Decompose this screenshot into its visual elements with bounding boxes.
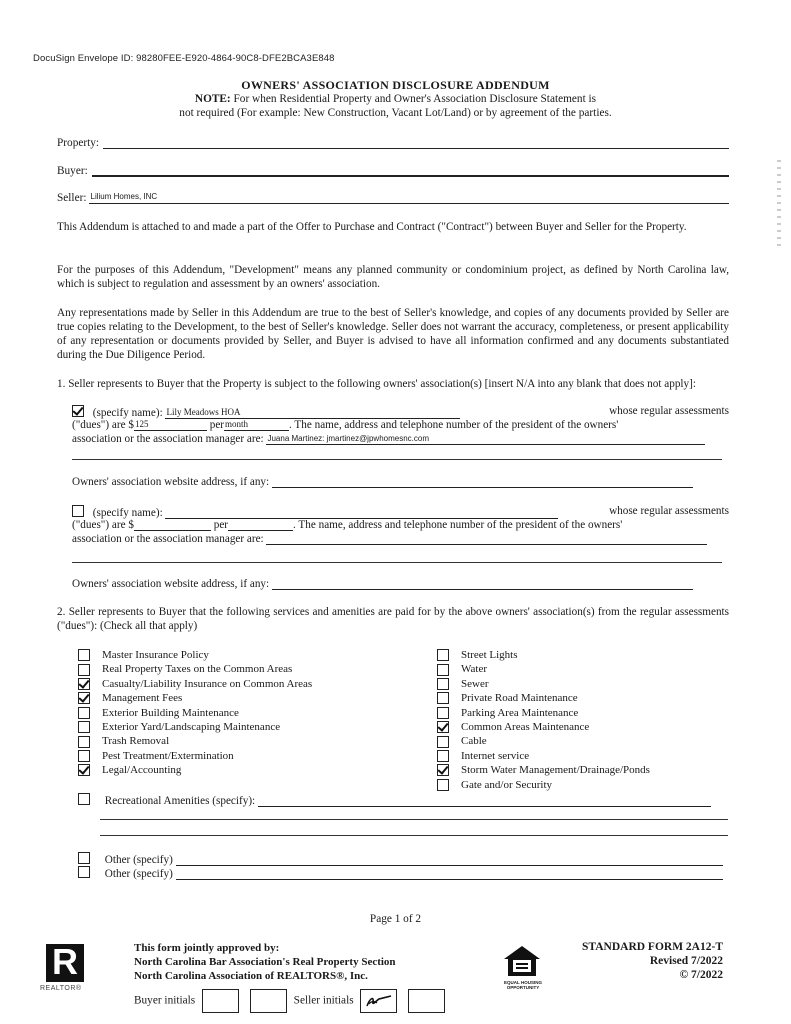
amenity-left-item: Exterior Yard/Landscaping Maintenance [78,720,312,734]
seller-input[interactable]: Lilium Homes, INC [89,191,730,204]
realtor-r-icon: R [52,942,78,982]
association-1-website-input[interactable] [272,476,693,488]
per-label: per [210,419,224,431]
amenity-right-label: Storm Water Management/Drainage/Ponds [461,763,650,777]
buyer-label: Buyer: [57,165,88,177]
seller-initials-box-2[interactable] [408,989,445,1013]
seller-initials-label: Seller initials [294,995,354,1007]
amenity-right-checkbox[interactable] [437,649,449,661]
association-1-manager-line-2[interactable] [72,459,722,460]
specify-name-label: (specify name): [93,407,163,419]
amenity-right-item: Cable [437,734,650,748]
amenity-right-checkbox[interactable] [437,779,449,791]
realtor-caption: REALTOR® [40,985,82,992]
amenity-right-item: Storm Water Management/Drainage/Ponds [437,763,650,777]
association-2-manager-line-2[interactable] [72,562,722,563]
equal-housing-icon [503,945,541,977]
document-title: OWNERS' ASSOCIATION DISCLOSURE ADDENDUM [0,78,791,93]
amenity-right-checkbox[interactable] [437,692,449,704]
recreational-line-3[interactable] [100,835,728,836]
amenity-right-checkbox[interactable] [437,721,449,733]
form-identifier: STANDARD FORM 2A12-T Revised 7/2022 © 7/… [582,940,723,982]
section2-intro: 2. Seller represents to Buyer that the f… [57,605,729,633]
approval-line-2: North Carolina Bar Association's Real Pr… [134,955,396,969]
amenity-left-item: Trash Removal [78,734,312,748]
amenity-left-checkbox[interactable] [78,707,90,719]
note-text: For when Residential Property and Owner'… [231,93,596,105]
signature-initials-icon [361,990,396,1012]
amenity-right-label: Cable [461,734,487,748]
association-2-checkbox[interactable] [72,505,84,517]
specify-name-label: (specify name): [93,507,163,519]
amenity-right-item: Street Lights [437,648,650,662]
amenity-left-label: Exterior Building Maintenance [102,706,239,720]
association-1-dues-input[interactable]: 125 [134,419,207,431]
website-label: Owners' association website address, if … [72,578,269,590]
amenity-left-item: Management Fees [78,691,312,705]
other-2-row: Other (specify) [78,866,729,880]
other-2-label: Other (specify) [105,868,173,880]
paragraph-representations: Any representations made by Seller in th… [57,306,729,362]
amenity-right-label: Sewer [461,677,489,691]
dues-label: ("dues") are $ [72,419,134,431]
amenity-left-item: Casualty/Liability Insurance on Common A… [78,677,312,691]
amenity-right-label: Private Road Maintenance [461,691,578,705]
amenity-left-checkbox[interactable] [78,692,90,704]
association-1-name-row: (specify name): Lily Meadows HOA whose r… [72,405,729,419]
association-2-per-input[interactable] [228,519,293,531]
amenity-left-label: Exterior Yard/Landscaping Maintenance [102,720,280,734]
property-input[interactable] [103,136,729,149]
amenity-right-checkbox[interactable] [437,764,449,776]
amenity-right-item: Common Areas Maintenance [437,720,650,734]
form-copyright: © 7/2022 [582,968,723,982]
recreational-row: Recreational Amenities (specify): [78,793,729,807]
amenity-left-checkbox[interactable] [78,649,90,661]
amenity-left-label: Management Fees [102,691,182,705]
paragraph-attachment: This Addendum is attached to and made a … [57,220,729,234]
realtor-logo: R [46,944,84,982]
buyer-initials-box-2[interactable] [250,989,287,1013]
amenities-left-list: Master Insurance PolicyReal Property Tax… [78,648,312,778]
recreational-checkbox[interactable] [78,793,90,805]
buyer-initials-box-1[interactable] [202,989,239,1013]
note-line-1: NOTE: For when Residential Property and … [0,93,791,105]
property-field: Property: [57,136,729,149]
amenity-right-item: Sewer [437,677,650,691]
association-1-checkbox[interactable] [72,405,84,417]
buyer-field: Buyer: [57,163,729,177]
president-text: . The name, address and telephone number… [293,519,622,531]
association-1-website-row: Owners' association website address, if … [72,476,729,488]
amenity-left-item: Pest Treatment/Extermination [78,749,312,763]
amenity-right-label: Water [461,662,487,676]
note-label: NOTE: [195,93,231,105]
amenity-right-checkbox[interactable] [437,750,449,762]
amenity-left-checkbox[interactable] [78,721,90,733]
amenity-left-checkbox[interactable] [78,736,90,748]
seller-field: Seller: Lilium Homes, INC [57,191,729,204]
amenity-right-checkbox[interactable] [437,707,449,719]
president-text: . The name, address and telephone number… [289,419,618,431]
dues-label: ("dues") are $ [72,519,134,531]
amenity-right-checkbox[interactable] [437,736,449,748]
amenity-left-item: Real Property Taxes on the Common Areas [78,662,312,676]
paragraph-development: For the purposes of this Addendum, "Deve… [57,263,729,291]
amenity-left-label: Legal/Accounting [102,763,181,777]
approval-line-3: North Carolina Association of REALTORS®,… [134,969,396,983]
association-1-manager-input[interactable]: Juana Martinez: jmartinez@jpwhomesnc.com [266,433,705,445]
amenity-left-checkbox[interactable] [78,764,90,776]
association-2-manager-row: association or the association manager a… [72,533,729,545]
amenity-left-item: Master Insurance Policy [78,648,312,662]
association-2-dues-input[interactable] [134,519,211,531]
seller-initials-box-1[interactable] [360,989,397,1013]
website-label: Owners' association website address, if … [72,476,269,488]
per-label: per [214,519,228,531]
other-2-checkbox[interactable] [78,866,90,878]
amenity-right-label: Internet service [461,749,529,763]
buyer-input[interactable] [92,163,729,177]
seller-label: Seller: [57,192,87,204]
equal-housing-caption: EQUAL HOUSING OPPORTUNITY [503,980,543,990]
other-2-input[interactable] [176,868,723,880]
amenity-left-label: Pest Treatment/Extermination [102,749,234,763]
amenity-right-item: Water [437,662,650,676]
property-label: Property: [57,137,99,149]
docusign-envelope-id: DocuSign Envelope ID: 98280FEE-E920-4864… [33,53,335,64]
amenity-right-label: Street Lights [461,648,518,662]
association-2-manager-input[interactable] [266,533,707,545]
initials-row: Buyer initials Seller initials [134,989,449,1013]
form-name: STANDARD FORM 2A12-T [582,940,723,954]
section1-intro: 1. Seller represents to Buyer that the P… [57,377,729,391]
buyer-initials-label: Buyer initials [134,995,195,1007]
page-number: Page 1 of 2 [0,913,791,925]
recreational-input[interactable] [258,795,711,807]
association-2-name-input[interactable] [165,507,558,519]
association-2-dues-row: ("dues") are $ per. The name, address an… [72,519,729,531]
amenity-right-label: Gate and/or Security [461,778,552,792]
amenity-left-label: Trash Removal [102,734,169,748]
association-2-name-row: (specify name): whose regular assessment… [72,505,729,519]
amenity-left-label: Casualty/Liability Insurance on Common A… [102,677,312,691]
amenity-left-item: Legal/Accounting [78,763,312,777]
recreational-label: Recreational Amenities (specify): [105,795,255,807]
amenity-left-label: Real Property Taxes on the Common Areas [102,662,292,676]
amenity-right-item: Parking Area Maintenance [437,706,650,720]
recreational-line-2[interactable] [100,819,728,820]
association-2-website-row: Owners' association website address, if … [72,578,729,590]
amenity-left-checkbox[interactable] [78,678,90,690]
whose-label: whose regular assessments [609,405,729,417]
amenity-left-checkbox[interactable] [78,664,90,676]
scan-edge-artifact [777,160,781,250]
approval-block: This form jointly approved by: North Car… [134,941,396,983]
manager-label: association or the association manager a… [72,433,264,445]
manager-label: association or the association manager a… [72,533,264,545]
whose-label: whose regular assessments [609,505,729,517]
amenity-left-label: Master Insurance Policy [102,648,209,662]
amenity-right-label: Common Areas Maintenance [461,720,589,734]
association-2-website-input[interactable] [272,578,693,590]
amenities-right-list: Street LightsWaterSewerPrivate Road Main… [437,648,650,792]
amenity-left-checkbox[interactable] [78,750,90,762]
approval-line-1: This form jointly approved by: [134,941,396,955]
amenity-right-item: Internet service [437,749,650,763]
amenity-right-checkbox[interactable] [437,678,449,690]
other-1-checkbox[interactable] [78,852,90,864]
form-revised: Revised 7/2022 [582,954,723,968]
amenity-right-checkbox[interactable] [437,664,449,676]
other-1-row: Other (specify) [78,852,729,866]
amenity-right-item: Gate and/or Security [437,778,650,792]
other-1-input[interactable] [176,854,723,866]
amenity-right-label: Parking Area Maintenance [461,706,578,720]
other-1-label: Other (specify) [105,854,173,866]
amenity-left-item: Exterior Building Maintenance [78,706,312,720]
note-line-2: not required (For example: New Construct… [0,107,791,119]
amenity-right-item: Private Road Maintenance [437,691,650,705]
association-1-dues-row: ("dues") are $125 permonth. The name, ad… [72,419,729,431]
association-1-manager-row: association or the association manager a… [72,433,729,445]
association-1-per-input[interactable]: month [224,419,289,431]
association-1-name-input[interactable]: Lily Meadows HOA [165,407,460,419]
